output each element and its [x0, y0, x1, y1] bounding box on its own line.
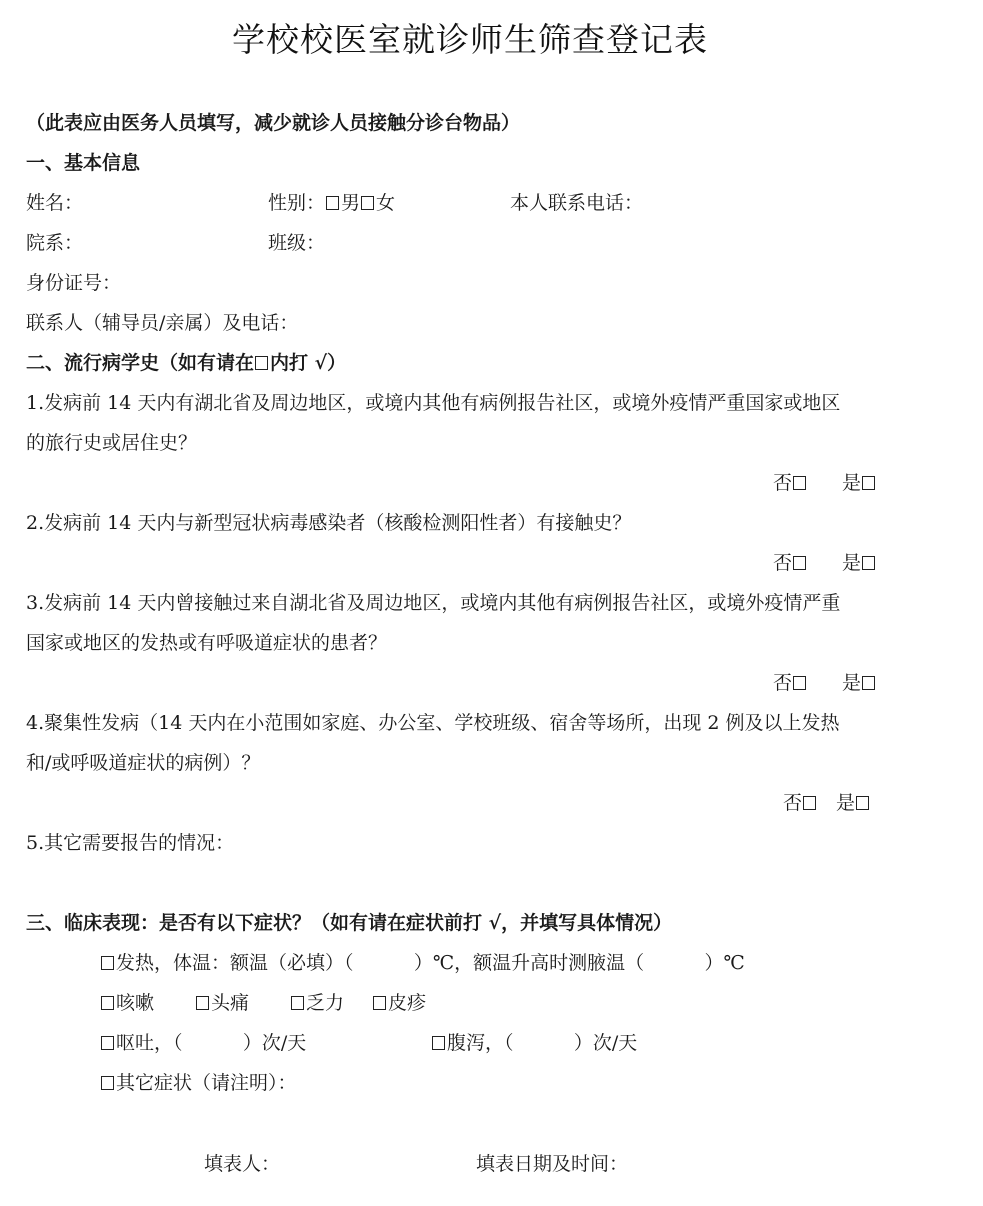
symptom-cough: 咳嗽: [100, 991, 154, 1015]
no-label: 否: [773, 472, 792, 494]
headache-label: 头痛: [211, 992, 249, 1014]
diarrhea-label: 腹泻，（ ）次/天: [447, 1032, 637, 1054]
no-label: 否: [773, 552, 792, 574]
id-number-label: 身份证号：: [26, 271, 121, 295]
question-4-yes-checkbox[interactable]: [856, 796, 869, 810]
filler-label: 填表人：: [204, 1152, 280, 1176]
gender-field: 性别：男女: [268, 191, 395, 215]
question-3-answer: 否是: [773, 671, 877, 695]
symptom-fever: 发热，体温：额温（必填）（ ）℃，额温升高时测腋温（ ）℃: [100, 951, 745, 975]
contact-label: 联系人（辅导员/亲属）及电话：: [26, 311, 298, 335]
question-1-line-1: 1.发病前 14 天内有湖北省及周边地区，或境内其他有病例报告社区，或境外疫情严…: [26, 391, 840, 415]
diarrhea-checkbox[interactable]: [432, 1036, 445, 1050]
question-4-no-checkbox[interactable]: [803, 796, 816, 810]
checkbox-icon: [255, 356, 268, 370]
no-label: 否: [783, 792, 802, 814]
symptom-rash: 皮疹: [372, 991, 426, 1015]
yes-label: 是: [842, 552, 861, 574]
question-1-no-checkbox[interactable]: [793, 476, 806, 490]
question-4-line-2: 和/或呼吸道症状的病例）？: [26, 751, 260, 775]
fever-checkbox[interactable]: [101, 956, 114, 970]
rash-label: 皮疹: [388, 992, 426, 1014]
section-basic-info-heading: 一、基本信息: [26, 151, 140, 175]
question-4-line-1: 4.聚集性发病（14 天内在小范围如家庭、办公室、学校班级、宿舍等场所，出现 2…: [26, 711, 840, 735]
question-3-no-checkbox[interactable]: [793, 676, 806, 690]
question-4-answer: 否是: [783, 791, 871, 815]
symptom-vomit: 呕吐，（ ）次/天: [100, 1031, 306, 1055]
yes-label: 是: [842, 672, 861, 694]
fatigue-checkbox[interactable]: [291, 996, 304, 1010]
gender-male-checkbox[interactable]: [326, 196, 339, 210]
department-label: 院系：: [26, 231, 83, 255]
fill-date-label: 填表日期及时间：: [476, 1152, 628, 1176]
question-3-yes-checkbox[interactable]: [862, 676, 875, 690]
gender-female-checkbox[interactable]: [361, 196, 374, 210]
question-1-yes-checkbox[interactable]: [862, 476, 875, 490]
other-symptom-checkbox[interactable]: [101, 1076, 114, 1090]
form-note: （此表应由医务人员填写，减少就诊人员接触分诊台物品）: [26, 111, 520, 135]
question-2-no-checkbox[interactable]: [793, 556, 806, 570]
page-title: 学校校医室就诊师生筛查登记表: [0, 14, 940, 61]
yes-label: 是: [836, 792, 855, 814]
gender-female-label: 女: [376, 192, 395, 214]
headache-checkbox[interactable]: [196, 996, 209, 1010]
cough-label: 咳嗽: [116, 992, 154, 1014]
fatigue-label: 乏力: [306, 992, 344, 1014]
symptom-headache: 头痛: [195, 991, 249, 1015]
symptom-diarrhea: 腹泻，（ ）次/天: [431, 1031, 637, 1055]
question-3-line-1: 3.发病前 14 天内曾接触过来自湖北省及周边地区，或境内其他有病例报告社区，或…: [26, 591, 840, 615]
fever-label: 发热，体温：额温（必填）（ ）℃，额温升高时测腋温（ ）℃: [116, 952, 745, 974]
symptom-fatigue: 乏力: [290, 991, 344, 1015]
question-5-line-1: 5.其它需要报告的情况：: [26, 831, 234, 855]
symptom-other: 其它症状（请注明）：: [100, 1071, 297, 1095]
gender-label: 性别：: [268, 192, 325, 214]
question-2-line-1: 2.发病前 14 天内与新型冠状病毒感染者（核酸检测阳性者）有接触史？: [26, 511, 631, 535]
question-1-line-2: 的旅行史或居住史？: [26, 431, 197, 455]
other-symptom-label: 其它症状（请注明）：: [116, 1072, 297, 1094]
vomit-label: 呕吐，（ ）次/天: [116, 1032, 306, 1054]
section-clinical-heading: 三、临床表现：是否有以下症状？（如有请在症状前打 √，并填写具体情况）: [26, 911, 672, 935]
question-2-yes-checkbox[interactable]: [862, 556, 875, 570]
no-label: 否: [773, 672, 792, 694]
rash-checkbox[interactable]: [373, 996, 386, 1010]
class-label: 班级：: [268, 231, 325, 255]
section-epidemiology-heading: 二、流行病学史（如有请在内打 √）: [26, 351, 346, 375]
yes-label: 是: [842, 472, 861, 494]
name-label: 姓名：: [26, 191, 83, 215]
question-3-line-2: 国家或地区的发热或有呼吸道症状的患者？: [26, 631, 387, 655]
vomit-checkbox[interactable]: [101, 1036, 114, 1050]
cough-checkbox[interactable]: [101, 996, 114, 1010]
gender-male-label: 男: [341, 192, 360, 214]
question-2-answer: 否是: [773, 551, 877, 575]
phone-label: 本人联系电话：: [510, 191, 643, 215]
question-1-answer: 否是: [773, 471, 877, 495]
